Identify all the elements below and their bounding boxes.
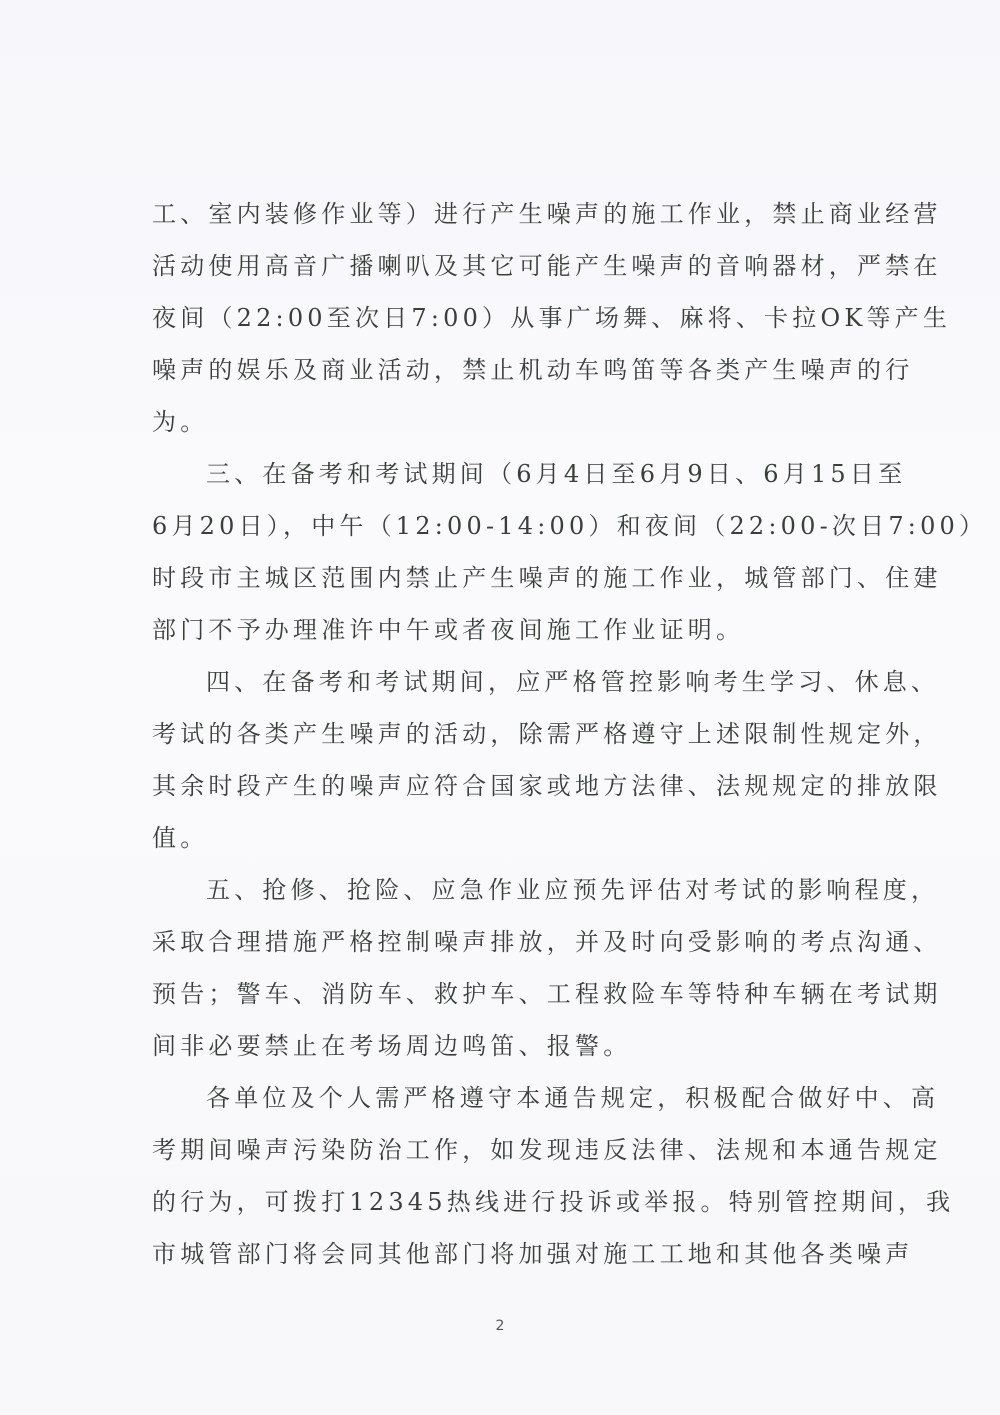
text-line: 考期间噪声污染防治工作，如发现违反法律、法规和本通告规定	[152, 1124, 872, 1176]
page-number: 2	[0, 1318, 1000, 1334]
paragraph-five-start: 五、抢修、抢险、应急作业应预先评估对考试的影响程度，	[152, 864, 872, 916]
text-line: 采取合理措施严格控制噪声排放，并及时向受影响的考点沟通、	[152, 916, 872, 968]
text-line: 6月20日），中午（12:00-14:00）和夜间（22:00-次日7:00）	[152, 500, 872, 552]
text-line: 考试的各类产生噪声的活动，除需严格遵守上述限制性规定外，	[152, 708, 872, 760]
closing-paragraph-start: 各单位及个人需严格遵守本通告规定，积极配合做好中、高	[152, 1072, 872, 1124]
text-line: 为。	[152, 396, 872, 448]
text-line: 值。	[152, 812, 872, 864]
paragraph-three-start: 三、在备考和考试期间（6月4日至6月9日、6月15日至	[152, 448, 872, 500]
paragraph-four-start: 四、在备考和考试期间，应严格管控影响考生学习、休息、	[152, 656, 872, 708]
text-line: 时段市主城区范围内禁止产生噪声的施工作业，城管部门、住建	[152, 552, 872, 604]
text-line: 间非必要禁止在考场周边鸣笛、报警。	[152, 1020, 872, 1072]
text-line: 噪声的娱乐及商业活动，禁止机动车鸣笛等各类产生噪声的行	[152, 344, 872, 396]
document-body: 工、室内装修作业等）进行产生噪声的施工作业，禁止商业经营 活动使用高音广播喇叭及…	[152, 188, 872, 1280]
text-line: 工、室内装修作业等）进行产生噪声的施工作业，禁止商业经营	[152, 188, 872, 240]
text-line: 其余时段产生的噪声应符合国家或地方法律、法规规定的排放限	[152, 760, 872, 812]
text-line: 市城管部门将会同其他部门将加强对施工工地和其他各类噪声	[152, 1228, 872, 1280]
text-line: 夜间（22:00至次日7:00）从事广场舞、麻将、卡拉OK等产生	[152, 292, 872, 344]
text-line: 预告；警车、消防车、救护车、工程救险车等特种车辆在考试期	[152, 968, 872, 1020]
text-line: 活动使用高音广播喇叭及其它可能产生噪声的音响器材，严禁在	[152, 240, 872, 292]
text-line: 部门不予办理准许中午或者夜间施工作业证明。	[152, 604, 872, 656]
document-page: 工、室内装修作业等）进行产生噪声的施工作业，禁止商业经营 活动使用高音广播喇叭及…	[0, 0, 1000, 1415]
text-line: 的行为，可拨打12345热线进行投诉或举报。特别管控期间，我	[152, 1176, 872, 1228]
